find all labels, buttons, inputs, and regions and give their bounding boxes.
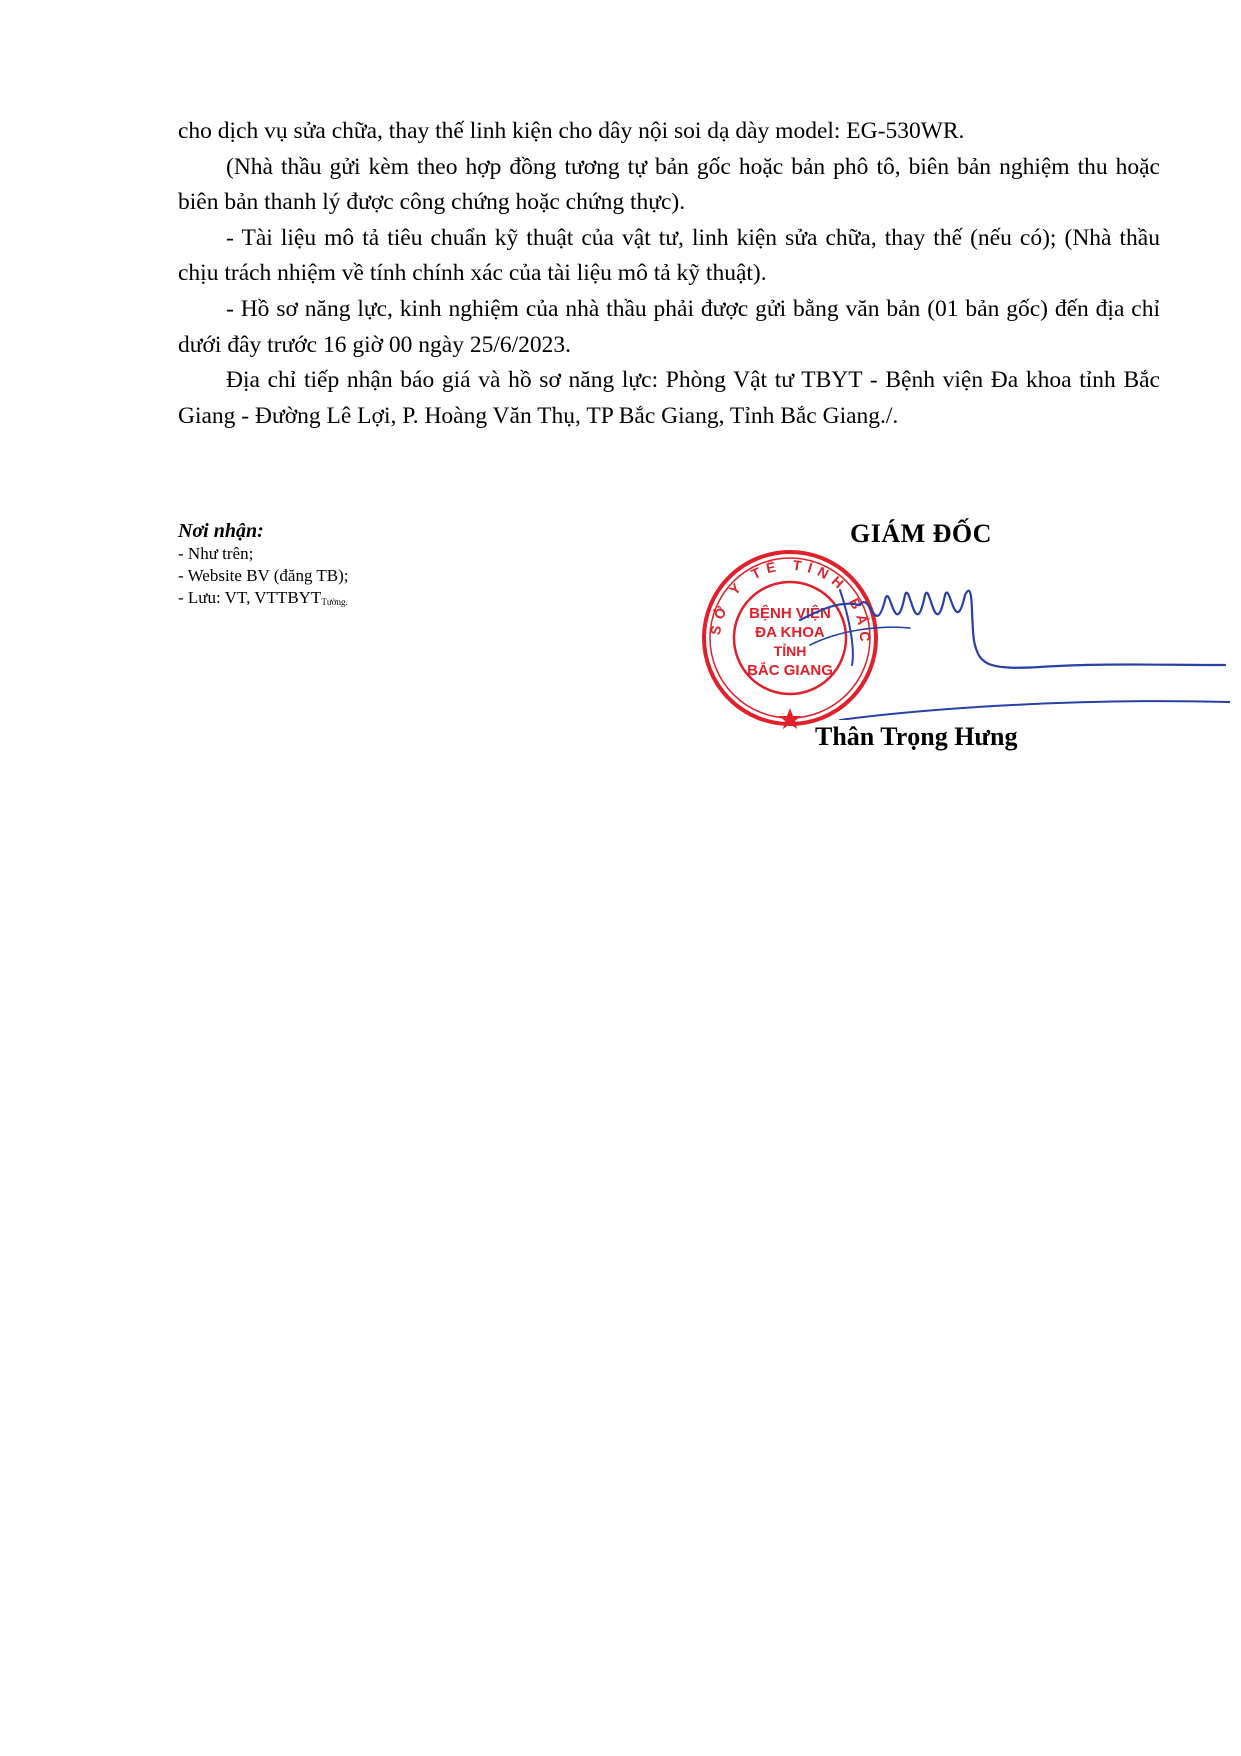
drafter-initial: Tường. bbox=[321, 597, 347, 607]
paragraph-service-description: cho dịch vụ sửa chữa, thay thế linh kiện… bbox=[178, 114, 1160, 150]
document-body: cho dịch vụ sửa chữa, thay thế linh kiện… bbox=[178, 114, 1160, 434]
paragraph-submission-address: Địa chỉ tiếp nhận báo giá và hồ sơ năng … bbox=[178, 363, 1160, 434]
document-page: cho dịch vụ sửa chữa, thay thế linh kiện… bbox=[0, 0, 1241, 1756]
signature-block: SỞ Y TẾ TỈNH BẮC GIANG BỆNH VIỆN ĐA KHOA… bbox=[690, 510, 1230, 770]
recipient-item: - Website BV (đăng TB); bbox=[178, 565, 558, 587]
signatory-name: Thân Trọng Hưng bbox=[815, 722, 1018, 752]
recipient-archive: - Lưu: VT, VTTBYT bbox=[178, 588, 321, 607]
paragraph-contract-attachment: (Nhà thầu gửi kèm theo hợp đồng tương tự… bbox=[178, 150, 1160, 221]
signatory-title: GIÁM ĐỐC bbox=[850, 519, 992, 549]
paragraph-capability-profile: - Hồ sơ năng lực, kinh nghiệm của nhà th… bbox=[178, 292, 1160, 363]
recipients-block: Nơi nhận: - Như trên; - Website BV (đăng… bbox=[178, 519, 558, 613]
handwritten-signature-icon bbox=[780, 570, 1230, 720]
paragraph-technical-docs: - Tài liệu mô tả tiêu chuẩn kỹ thuật của… bbox=[178, 221, 1160, 292]
recipient-item: - Như trên; bbox=[178, 543, 558, 565]
recipients-heading: Nơi nhận: bbox=[178, 519, 558, 543]
recipient-item: - Lưu: VT, VTTBYTTường. bbox=[178, 587, 558, 613]
